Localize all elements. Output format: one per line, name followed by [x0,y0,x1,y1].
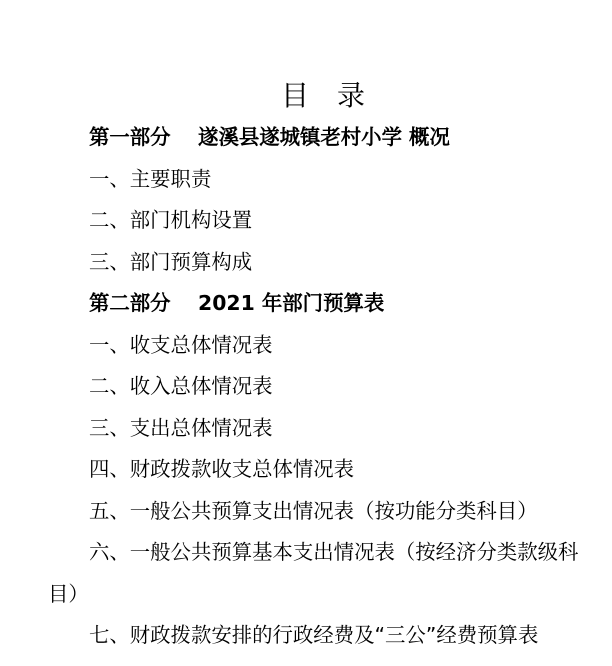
toc-part-1-heading[interactable]: 第一部分 遂溪县遂城镇老村小学 概况 [48,117,604,159]
toc-item-revenue-overview[interactable]: 二、收入总体情况表 [48,366,604,408]
toc-item-department-structure[interactable]: 二、部门机构设置 [48,200,604,242]
toc-item-fiscal-allocation-overview[interactable]: 四、财政拨款收支总体情况表 [48,449,604,491]
toc-title: 目 录 [48,76,598,116]
toc-list: 第一部分 遂溪县遂城镇老村小学 概况 一、主要职责 二、部门机构设置 三、部门预… [48,117,604,657]
toc-item-general-budget-by-function[interactable]: 五、一般公共预算支出情况表（按功能分类科目） [48,491,604,533]
toc-item-admin-and-three-public-expenses[interactable]: 七、财政拨款安排的行政经费及“三公”经费预算表 [48,615,604,657]
toc-item-main-duties[interactable]: 一、主要职责 [48,159,604,201]
toc-item-revenue-expenditure-overview[interactable]: 一、收支总体情况表 [48,325,604,367]
toc-item-expenditure-overview[interactable]: 三、支出总体情况表 [48,408,604,450]
toc-item-budget-composition[interactable]: 三、部门预算构成 [48,242,604,284]
toc-item-general-budget-basic-by-economic[interactable]: 六、一般公共预算基本支出情况表（按经济分类款级科目） [48,532,604,615]
toc-part-2-heading[interactable]: 第二部分 2021 年部门预算表 [48,283,604,325]
